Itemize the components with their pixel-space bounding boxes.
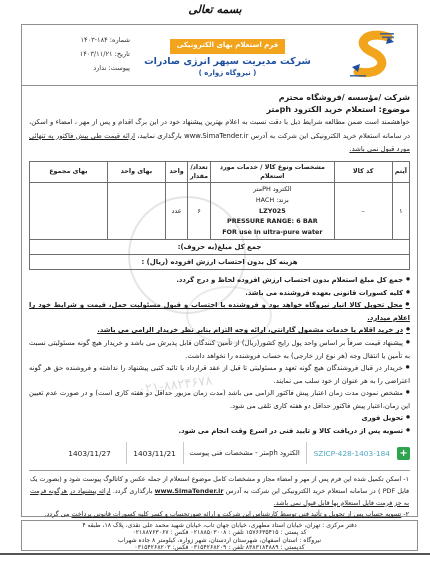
term-item: جمع کل مبلغ استعلام بدون احتساب ارزش افز… (29, 274, 410, 287)
attachment-description: الکترود phمتر - مشخصات فنی پیوست (184, 448, 306, 459)
intro-paragraph: خواهشمند است ضمن مطالعه شرایط ذیل با دقت… (29, 116, 410, 157)
letter-attachment: پیوست: ندارد (36, 62, 130, 76)
col-code: کد کالا (334, 161, 392, 182)
letter-number-value: ۱۴۰۳-۱۸۴ (81, 36, 108, 44)
head-office-phones: کد پستی : ۱۵۷۶۶۳۵۴۱۵ تلفن : ۰۲۱۸۸۵۰۳۰۰۸ … (22, 529, 417, 536)
total-in-words-row: جمع کل مبلغ(به حروف): (30, 240, 410, 255)
inquiry-form-page: { "page": { "bismillah": "بسمه تعالی" },… (0, 0, 430, 576)
letter-number: شماره: ۱۴۰۳-۱۸۴ (36, 34, 130, 48)
item-specs: الکترود PHمتر برند: HACH LZY025 PRESSURE… (211, 182, 334, 239)
simatender-url: www.SimaTender.ir (184, 132, 248, 140)
term-item: تسویه پس از دریافت کالا و تایید فنی در ا… (29, 425, 410, 438)
attachment-due-date: 1403/11/27 (54, 449, 126, 458)
divider (306, 442, 307, 464)
item-unit-price-cell (107, 182, 165, 239)
attachment-code-link[interactable]: SZICP-428-1403-184 (314, 449, 390, 458)
letter-meta: شماره: ۱۴۰۳-۱۸۴ تاریخ: ۱۴۰۳/۱۱/۲۱ پیوست:… (22, 34, 130, 76)
quotation-table: آیتم کد کالا مشخصات ونوع کالا / خدمات مو… (29, 161, 410, 270)
plant-address: نیروگاه : استان اصفهان، شهرستان اردستان،… (22, 537, 417, 544)
footnote-1: ۱- اسکن تکمیل شده این فرم پس از مهر و ام… (30, 474, 409, 509)
item-number: ۱ (392, 182, 409, 239)
page-bottom-rule (0, 553, 430, 555)
item-code: – (334, 182, 392, 239)
table-row: ۱ – الکترود PHمتر برند: HACH LZY025 PRES… (30, 182, 410, 239)
form-body: شرکت /مؤسسه /فروشگاه محترم موضوع: استعلا… (21, 85, 418, 517)
footnote-2: ۲- تسویه حساب پس از تحویل و تأئید فنی تو… (30, 509, 409, 521)
salutation: شرکت /مؤسسه /فروشگاه محترم (29, 93, 410, 102)
total-no-vat-label: هزینه کل بدون احتساب ارزش افزوده (ریال) … (30, 255, 410, 270)
term-item: مشخص نمودن مدت زمان اعتبار پیش فاکتور ال… (29, 387, 410, 412)
term-item: خریدار در قبال فروشندگان هیچ گونه تعهد و… (29, 362, 410, 387)
divider (126, 442, 127, 464)
plant-name: ( نیروگاه زواره ) (130, 69, 325, 78)
head-office-address: دفتر مرکزی : تهران، خیابان استاد مطهری، … (22, 522, 417, 529)
subject-line: موضوع: استعلام خرید الکترود phمتر (29, 105, 410, 114)
letter-attachment-value: ندارد (93, 64, 106, 72)
col-total-price: بهای مجموع (30, 161, 108, 182)
expand-attachment-icon[interactable] (397, 447, 410, 460)
letter-date-value: ۱۴۰۳/۱۱/۲۱ (80, 50, 113, 58)
col-qty: تعداد/ مقدار (188, 161, 211, 182)
table-header-row: آیتم کد کالا مشخصات ونوع کالا / خدمات مو… (30, 161, 410, 182)
col-unit: واحد (166, 161, 188, 182)
company-name: شرکت مدیریت سپهر انرژی صادرات (130, 56, 325, 69)
letterhead: فرم استعلام بهای الکترونیکی شرکت مدیریت … (21, 24, 418, 86)
col-item: آیتم (392, 161, 409, 182)
item-total-price-cell (30, 182, 108, 239)
attachment-issue-date: 1403/11/21 (127, 449, 183, 458)
term-item: تحویل فوری (29, 412, 410, 425)
divider (183, 442, 184, 464)
contact-footer: دفتر مرکزی : تهران، خیابان استاد مطهری، … (21, 520, 418, 551)
term-item: در خرید اقلام یا خدمات مشمول گارانتی، ار… (29, 324, 410, 337)
company-logo (325, 30, 417, 80)
item-qty: ۶ (188, 182, 211, 239)
attachment-row: SZICP-428-1403-184 الکترود phمتر - مشخصا… (29, 440, 410, 466)
simatender-url: www.SimaTender.ir (155, 487, 224, 495)
letterhead-titles: فرم استعلام بهای الکترونیکی شرکت مدیریت … (130, 31, 325, 79)
letter-date: تاریخ: ۱۴۰۳/۱۱/۲۱ (36, 48, 130, 62)
col-unit-price: بهای واحد (107, 161, 165, 182)
footnotes: ۱- اسکن تکمیل شده این فرم پس از مهر و ام… (29, 470, 410, 520)
terms-list: جمع کل مبلغ استعلام بدون احتساب ارزش افز… (29, 274, 410, 437)
form-type-badge: فرم استعلام بهای الکترونیکی (170, 39, 286, 53)
col-specs: مشخصات ونوع کالا / خدمات مورد استعلام (211, 161, 334, 182)
item-unit: عدد (166, 182, 188, 239)
term-item: کلیه کسورات قانونی بعهده فروشنده می باشد… (29, 287, 410, 300)
sepehr-energy-logo-icon (342, 30, 400, 80)
bismillah-text: بسمه تعالی (0, 3, 430, 16)
term-item: پیشنهاد قیمت صرفاً بر اساس واحد پول رایج… (29, 337, 410, 362)
plant-phones: کدپستی : ۸۳۸۳۱۸۴۸۸۹ تلفن : ۰۳۱۵۴۲۶۸۲۰۹ ف… (22, 544, 417, 551)
term-item: محل تحویل کالا انبار نیروگاه خواهد بود و… (29, 299, 410, 324)
total-no-vat-row: هزینه کل بدون احتساب ارزش افزوده (ریال) … (30, 255, 410, 270)
total-in-words-label: جمع کل مبلغ(به حروف): (30, 240, 410, 255)
